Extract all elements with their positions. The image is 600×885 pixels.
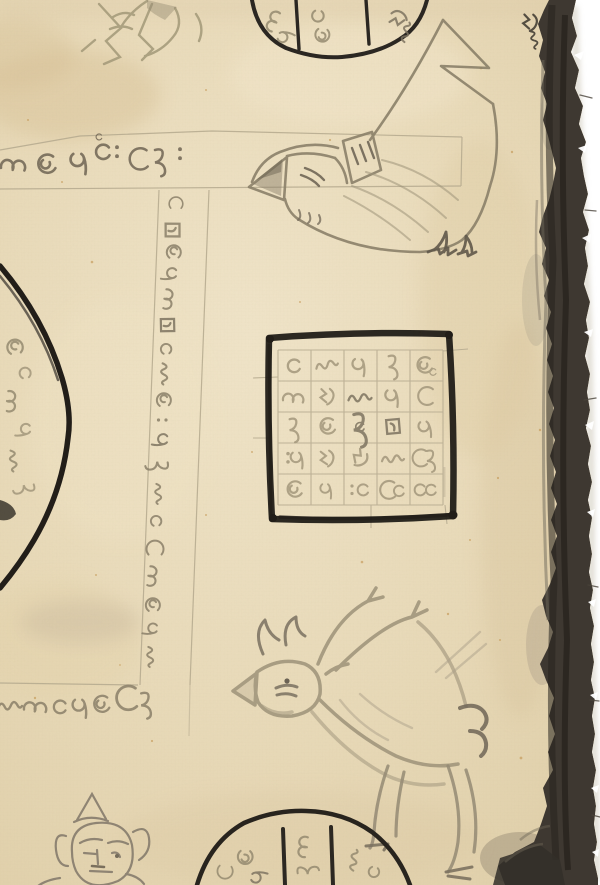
artifact-photo xyxy=(0,0,600,885)
artifact-photo-canvas xyxy=(0,0,600,885)
